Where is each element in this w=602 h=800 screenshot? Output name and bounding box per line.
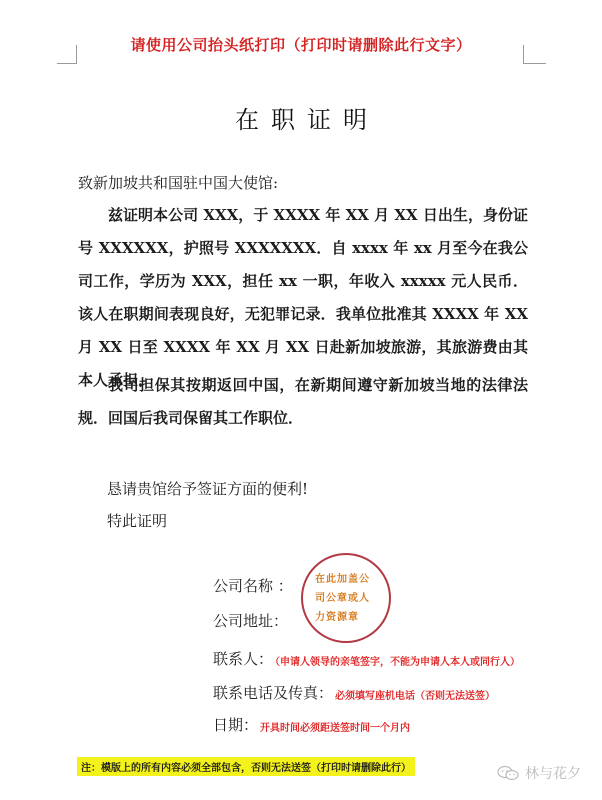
- closing-statement: 特此证明: [107, 510, 167, 531]
- watermark-text: 林与花夕: [525, 763, 581, 783]
- company-name-label: 公司名称 ：: [213, 577, 293, 595]
- phone-fax-field: 联系电话及传真：必须填写座机电话（否则无法送签）: [213, 682, 495, 703]
- body-paragraph-guarantee: 我司担保其按期返回中国，在新期间遵守新加坡当地的法律法规．回国后我司保留其工作职…: [78, 369, 528, 435]
- stamp-text-line: 力资源章: [315, 608, 377, 627]
- company-address-field: 公司地址：: [213, 610, 288, 631]
- stamp-text-line: 司公章或人: [315, 589, 377, 608]
- contact-person-hint: （申请人领导的亲笔签字，不能为申请人本人或同行人）: [275, 657, 520, 668]
- footer-highlight-note: 注：模版上的所有内容必须全部包含，否则无法送签（打印时请删除此行）: [77, 757, 415, 776]
- company-name-field: 公司名称 ：: [213, 575, 293, 596]
- closing-request: 恳请贵馆给予签证方面的便利!: [107, 478, 308, 499]
- contact-person-field: 联系人：（申请人领导的亲笔签字，不能为申请人本人或同行人）: [213, 648, 520, 669]
- company-address-label: 公司地址：: [213, 612, 288, 630]
- stamp-text-line: 在此加盖公: [315, 570, 377, 589]
- phone-fax-label: 联系电话及传真：: [213, 684, 333, 702]
- body-paragraph-employment: 兹证明本公司 XXX，于 XXXX 年 XX 月 XX 日出生，身份证号 XXX…: [78, 199, 528, 397]
- date-label: 日期：: [213, 716, 258, 734]
- document-title: 在职证明: [0, 100, 602, 135]
- company-stamp-placeholder: 在此加盖公 司公章或人 力资源章: [301, 553, 391, 643]
- watermark: 林与花夕: [497, 763, 581, 783]
- phone-fax-hint: 必须填写座机电话（否则无法送签）: [335, 691, 495, 702]
- wechat-icon: [497, 765, 519, 781]
- date-field: 日期：开具时间必须距送签时间一个月内: [213, 714, 410, 735]
- contact-person-label: 联系人：: [213, 650, 273, 668]
- print-instruction-note: 请使用公司抬头纸打印（打印时请删除此行文字）: [0, 34, 602, 55]
- salutation: 致新加坡共和国驻中国大使馆:: [78, 172, 278, 193]
- date-hint: 开具时间必须距送签时间一个月内: [260, 723, 410, 734]
